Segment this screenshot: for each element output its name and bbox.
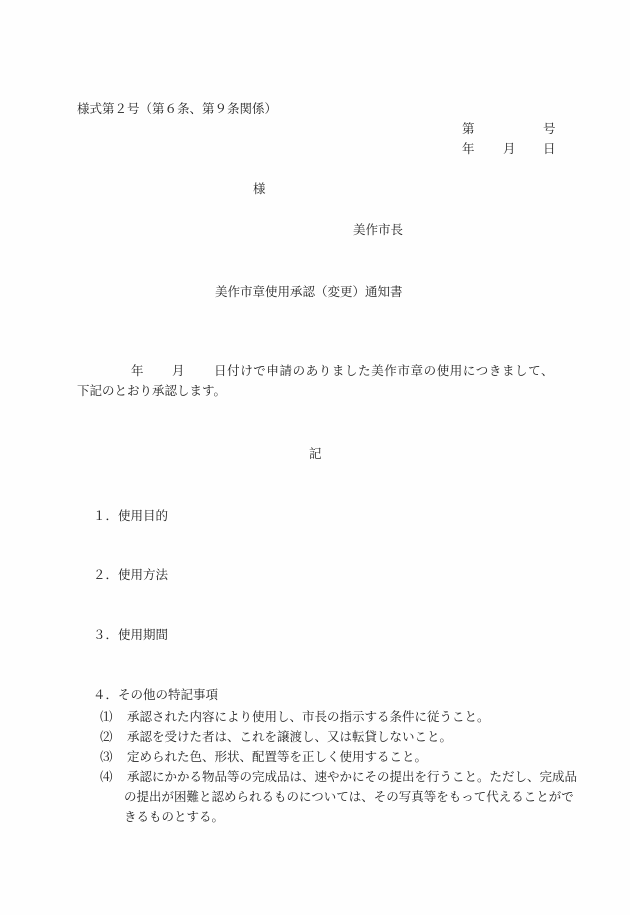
condition-3-num: ⑶ xyxy=(100,749,113,765)
item-period: ３．使用期間 xyxy=(93,627,168,643)
body-year: 年 xyxy=(131,363,144,379)
document-title: 美作市章使用承認（変更）通知書 xyxy=(215,284,403,300)
condition-4-text-line2: の提出が困難と認められるものについては、その写真等をもって代えることがで xyxy=(124,789,574,805)
issuer: 美作市長 xyxy=(353,222,403,238)
condition-3-text: 定められた色、形状、配置等を正しく使用すること。 xyxy=(127,749,427,765)
form-label: 様式第２号（第６条、第９条関係） xyxy=(77,101,277,117)
item-method: ２．使用方法 xyxy=(93,567,168,583)
body-month: 月 xyxy=(172,363,185,379)
condition-2-text: 承認を受けた者は、これを譲渡し、又は転貸しないこと。 xyxy=(127,729,452,745)
condition-1-num: ⑴ xyxy=(100,709,113,725)
addressee-honorific: 様 xyxy=(253,181,266,197)
number-prefix: 第 xyxy=(462,121,475,137)
ki-heading: 記 xyxy=(309,446,322,462)
date-month: 月 xyxy=(503,141,516,157)
date-year: 年 xyxy=(462,141,475,157)
number-suffix: 号 xyxy=(543,121,556,137)
body-line1: 日付けで申請のありました美作市章の使用につきまして、 xyxy=(214,363,554,379)
condition-4-num: ⑷ xyxy=(100,769,113,785)
condition-4-text-line3: きるものとする。 xyxy=(124,809,224,825)
item-purpose: １．使用目的 xyxy=(93,508,168,524)
date-day: 日 xyxy=(543,141,556,157)
body-line2: 下記のとおり承認します。 xyxy=(77,383,226,399)
item-other: ４．その他の特記事項 xyxy=(93,687,218,703)
condition-1-text: 承認された内容により使用し、市長の指示する条件に従うこと。 xyxy=(127,709,490,725)
condition-4-text-line1: 承認にかかる物品等の完成品は、速やかにその提出を行うこと。ただし、完成品 xyxy=(127,769,577,785)
condition-2-num: ⑵ xyxy=(100,729,113,745)
